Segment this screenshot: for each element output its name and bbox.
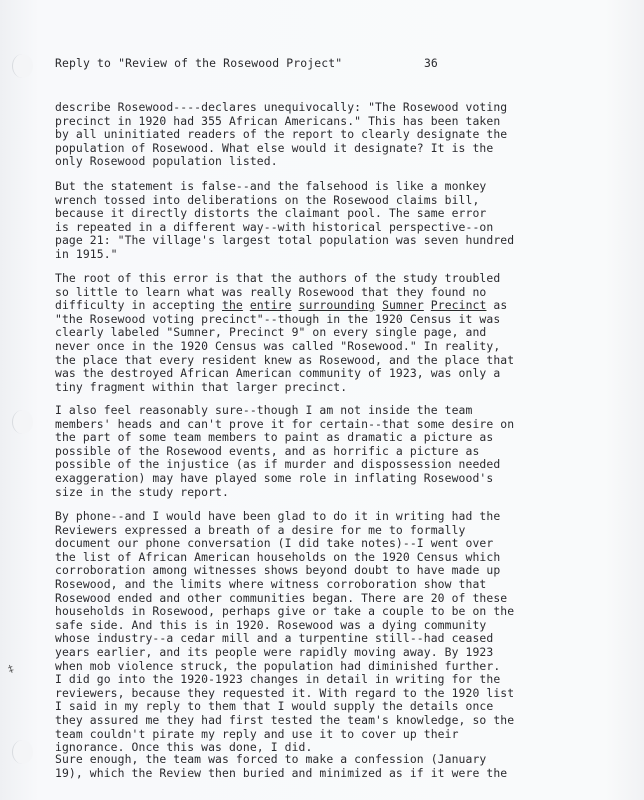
underlined-word: Precinct bbox=[431, 298, 487, 312]
paragraph-6: Sure enough, the team was forced to make… bbox=[55, 753, 615, 780]
page-number: 36 bbox=[424, 56, 438, 70]
underlined-word: entire bbox=[250, 298, 292, 312]
paragraph-4: I also feel reasonably sure--though I am… bbox=[55, 404, 615, 499]
paragraph-2: But the statement is false--and the fals… bbox=[55, 180, 615, 262]
paragraph-3: The root of this error is that the autho… bbox=[55, 272, 615, 394]
paragraph-5: By phone--and I would have been glad to … bbox=[55, 510, 615, 755]
punch-hole bbox=[12, 410, 33, 434]
punch-hole bbox=[12, 740, 33, 764]
underlined-word: surrounding bbox=[299, 298, 376, 312]
paragraph-1: describe Rosewood----declares unequivoca… bbox=[55, 101, 615, 169]
document-page: Reply to "Review of the Rosewood Project… bbox=[0, 0, 644, 800]
punch-hole bbox=[12, 54, 33, 78]
underlined-word: the bbox=[222, 298, 243, 312]
margin-mark: ‡ bbox=[6, 663, 15, 675]
underlined-word: Sumner bbox=[382, 298, 424, 312]
running-header-title: Reply to "Review of the Rosewood Project… bbox=[55, 56, 342, 70]
